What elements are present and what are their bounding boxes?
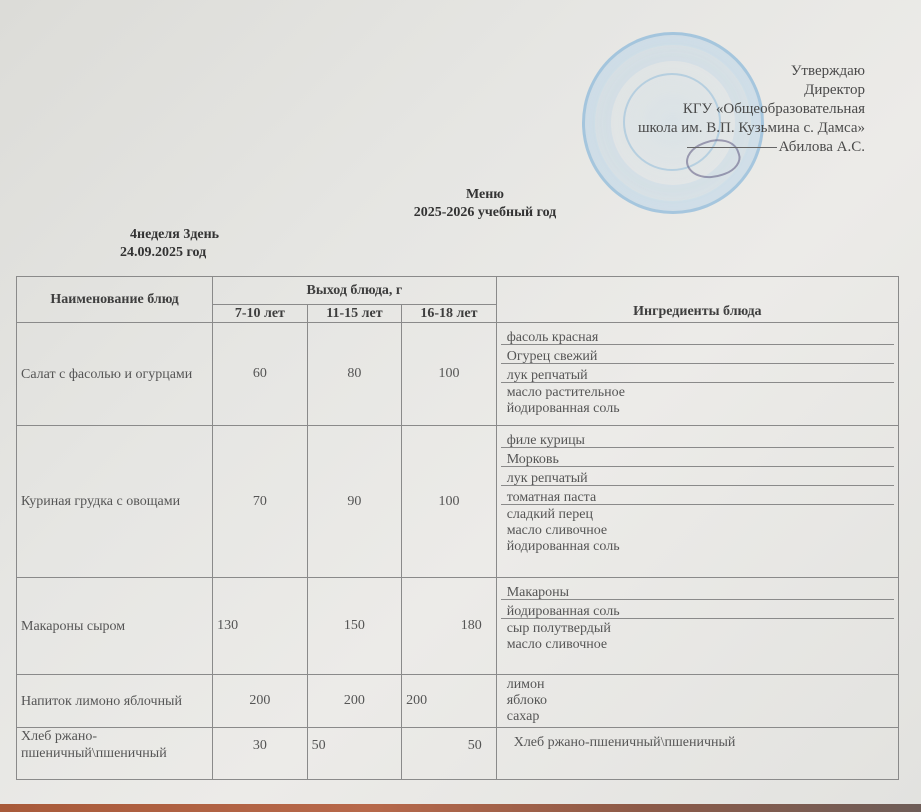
dish-ingredients: лимон яблоко сахар xyxy=(496,675,898,728)
ingredient-item: масло растительное йодированная соль xyxy=(501,383,894,419)
ingredient-item: сладкий перец масло сливочное йодированн… xyxy=(501,505,894,557)
dish-ingredients: Хлеб ржано-пшеничный\пшеничный xyxy=(496,728,898,780)
ingredient-item: Хлеб ржано-пшеничный\пшеничный xyxy=(501,728,894,750)
dish-name: Куриная грудка с овощами xyxy=(17,426,213,578)
menu-date: 24.09.2025 год xyxy=(120,244,219,262)
menu-body: Салат с фасолью и огурцами6080100фасоль … xyxy=(17,323,899,780)
dish-yield: 100 xyxy=(402,426,497,578)
dish-name: Салат с фасолью и огурцами xyxy=(17,323,213,426)
table-row: Макароны сыром130150180Макароныйодирован… xyxy=(17,578,899,675)
dish-yield: 50 xyxy=(307,728,402,780)
header-yield: Выход блюда, г xyxy=(213,277,497,305)
ingredient-item: томатная паста xyxy=(501,486,894,505)
dish-ingredients: фасоль краснаяОгурец свежийлук репчатыйм… xyxy=(496,323,898,426)
table-row: Салат с фасолью и огурцами6080100фасоль … xyxy=(17,323,899,426)
approval-line: Утверждаю xyxy=(638,62,865,81)
dish-yield: 200 xyxy=(402,675,497,728)
dish-yield: 180 xyxy=(402,578,497,675)
signature-line xyxy=(687,147,777,148)
header-age-7-10: 7-10 лет xyxy=(213,305,308,323)
approval-line: школа им. В.П. Кузьмина с. Дамса» xyxy=(638,119,865,138)
ingredient-item: сыр полутвердый масло сливочное xyxy=(501,619,894,655)
signatory-name: Абилова А.С. xyxy=(779,139,865,155)
table-row: Куриная грудка с овощами7090100филе кури… xyxy=(17,426,899,578)
header-dish-name: Наименование блюд xyxy=(17,277,213,323)
dish-name: Макароны сыром xyxy=(17,578,213,675)
signatory-line: Абилова А.С. xyxy=(638,138,865,157)
ingredient-item: лук репчатый xyxy=(501,364,894,383)
dish-yield: 100 xyxy=(402,323,497,426)
dish-yield: 90 xyxy=(307,426,402,578)
title-menu: Меню xyxy=(340,186,630,204)
photo-bottom-edge xyxy=(0,804,921,812)
dish-yield: 60 xyxy=(213,323,308,426)
dish-yield: 130 xyxy=(213,578,308,675)
dish-ingredients: филе курицыМорковьлук репчатыйтоматная п… xyxy=(496,426,898,578)
approval-line: Директор xyxy=(638,81,865,100)
week-day: 4неделя 3день xyxy=(120,226,219,244)
ingredient-item: йодированная соль xyxy=(501,600,894,619)
header-age-16-18: 16-18 лет xyxy=(402,305,497,323)
dish-yield: 70 xyxy=(213,426,308,578)
dish-ingredients: Макароныйодированная сольсыр полутвердый… xyxy=(496,578,898,675)
table-row: Хлеб ржано-пшеничный\пшеничный305050 Хле… xyxy=(17,728,899,780)
ingredient-item: Морковь xyxy=(501,448,894,467)
dish-name: Хлеб ржано-пшеничный\пшеничный xyxy=(17,728,213,780)
dish-yield: 80 xyxy=(307,323,402,426)
dish-yield: 200 xyxy=(307,675,402,728)
dish-yield: 30 xyxy=(213,728,308,780)
ingredient-item: фасоль красная xyxy=(501,323,894,345)
approval-line: КГУ «Общеобразовательная xyxy=(638,100,865,119)
dish-yield: 50 xyxy=(402,728,497,780)
table-row: Напиток лимоно яблочный200200200лимон яб… xyxy=(17,675,899,728)
day-info: 4неделя 3день 24.09.2025 год xyxy=(120,226,219,262)
approval-block: Утверждаю Директор КГУ «Общеобразователь… xyxy=(638,62,865,157)
dish-yield: 200 xyxy=(213,675,308,728)
title-year: 2025-2026 учебный год xyxy=(340,204,630,222)
dish-yield: 150 xyxy=(307,578,402,675)
ingredient-item: филе курицы xyxy=(501,426,894,448)
dish-name: Напиток лимоно яблочный xyxy=(17,675,213,728)
document-title: Меню 2025-2026 учебный год xyxy=(340,186,630,222)
ingredient-item: Огурец свежий xyxy=(501,345,894,364)
ingredient-item: Макароны xyxy=(501,578,894,600)
ingredient-item: лимон яблоко сахар xyxy=(501,675,894,727)
header-ingredients: Ингредиенты блюда xyxy=(496,277,898,323)
menu-table: Наименование блюд Выход блюда, г Ингреди… xyxy=(16,276,899,780)
header-age-11-15: 11-15 лет xyxy=(307,305,402,323)
ingredient-item: лук репчатый xyxy=(501,467,894,486)
